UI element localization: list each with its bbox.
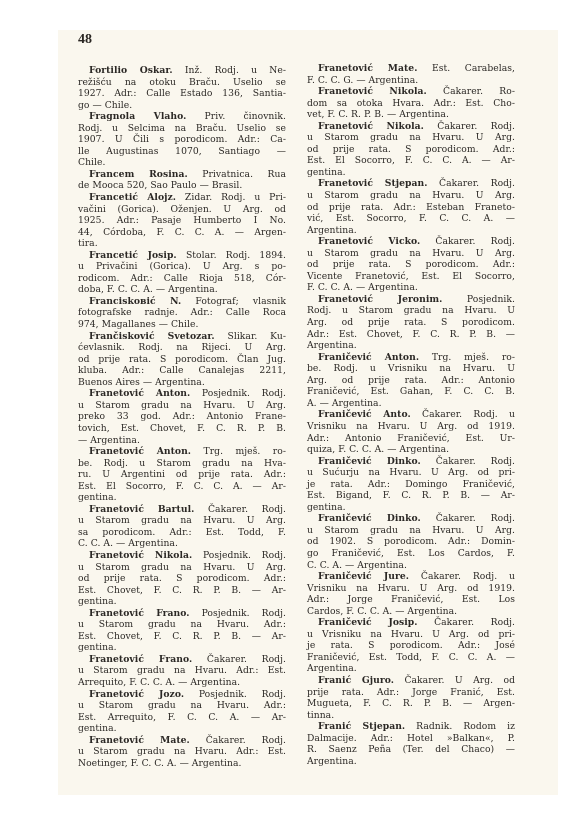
entry-name: Fragnola Vlaho.	[89, 111, 186, 122]
entry-name: Franetović Nikola.	[318, 121, 424, 132]
entry-line: — Argentina.	[78, 435, 286, 447]
directory-entry: Fragnola Vlaho. Priv. činovnik.Rodj. u S…	[78, 111, 286, 169]
entry-line: je rata. S porodicom. Adr.: José	[307, 640, 515, 652]
entry-text: Čakarer. Ro-	[443, 86, 515, 97]
directory-entry: Franetović Nikola. Posjednik. Rodj.u Sta…	[78, 550, 286, 608]
entry-name: Franetović Nikola.	[89, 550, 192, 561]
entry-line: A. — Argentina.	[307, 398, 515, 410]
directory-entry: Franetović Anton. Posjednik. Rodj.u Star…	[78, 388, 286, 446]
entry-line: go Franičević, Est. Los Cardos, F.	[307, 548, 515, 560]
entry-line: Arg. od prije rata. S porodicom.	[307, 317, 515, 329]
entry-line: Franetović Frano. Čakarer. Rodj.	[78, 654, 286, 666]
entry-line: Vrisniku na Hvaru. U Arg. od 1919.	[307, 421, 515, 433]
entry-line: od 1902. S porodicom. Adr.: Domin-	[307, 536, 515, 548]
entry-line: Dalmacije. Adr.: Hotel »Balkan«, P.	[307, 733, 515, 745]
entry-line: Vicente Franetović, Est. El Socorro,	[307, 271, 515, 283]
entry-line: Rodj. u Selcima na Braču. Uselio se	[78, 123, 286, 135]
entry-name: Franetović Bartul.	[89, 504, 194, 515]
entry-line: Adr.: Antonio Franičević, Est. Ur-	[307, 433, 515, 445]
directory-entry: Franciskовić N. Fotograf; vlasnikfotogra…	[78, 296, 286, 331]
entry-line: gentina.	[78, 596, 286, 608]
entry-name: Franetović Anton.	[89, 388, 190, 399]
entry-text: Čakarer. U Arg. od	[404, 675, 515, 686]
entry-line: quiza, F. C. C. A. — Argentina.	[307, 444, 515, 456]
directory-entry: Franičević Jure. Čakarer. Rodj. uVrisnik…	[307, 571, 515, 617]
entry-text: Posjednik.	[467, 294, 515, 305]
entry-line: u Starom gradu na Hvaru. Adr.:	[78, 700, 286, 712]
entry-text: Posjednik. Rodj.	[202, 608, 286, 619]
entry-line: vačini (Gorica). Oženjen. U Arg. od	[78, 204, 286, 216]
entry-line: Frančisković Svetozar. Slikar. Ku-	[78, 331, 286, 343]
entry-name: Franciskовić N.	[89, 296, 181, 307]
entry-line: Franetović Jozo. Posjednik. Rodj.	[78, 689, 286, 701]
directory-entry: Franetović Frano. Čakarer. Rodj.u Starom…	[78, 654, 286, 689]
entry-line: kluba. Adr.: Calle Canalejas 2211,	[78, 365, 286, 377]
entry-line: Franić Stjepan. Radnik. Rodom iz	[307, 721, 515, 733]
entry-line: Franciskовić N. Fotograf; vlasnik	[78, 296, 286, 308]
directory-entry: Francem Rosina. Privatnica. Ruade Mooca …	[78, 169, 286, 192]
entry-line: je rata. Adr.: Domingo Franičević,	[307, 479, 515, 491]
entry-name: Franetović Mate.	[318, 63, 417, 74]
entry-text: Čakarer. Rodj.	[435, 236, 515, 247]
entry-line: Est. Chovet, F. C. R. P. B. — Ar-	[78, 585, 286, 597]
entry-line: 1907. U Čili s porodicom. Adr.: Ca-	[78, 134, 286, 146]
entry-line: Franetović Nikola. Čakarer. Rodj.	[307, 121, 515, 133]
entry-line: u Starom gradu na Hvaru. U Arg.	[307, 248, 515, 260]
directory-entry: Franetović Mate. Est. Carabelas,F. C. C.…	[307, 63, 515, 86]
directory-entry: Frančisković Svetozar. Slikar. Ku-ćevlas…	[78, 331, 286, 389]
entry-line: 1927. Adr.: Calle Estado 136, Santia-	[78, 88, 286, 100]
entry-line: F. C. C. G. — Argentina.	[307, 75, 515, 87]
entry-line: 44, Córdoba, F. C. C. A. — Argen-	[78, 227, 286, 239]
entry-line: od prije rata. Adr.: Esteban Franeto-	[307, 202, 515, 214]
entry-text: Čakarer. Rodj.	[439, 178, 515, 189]
entry-line: Cardos, F. C. C. A. — Argentina.	[307, 606, 515, 618]
entry-line: Franetović Stjepan. Čakarer. Rodj.	[307, 178, 515, 190]
entry-line: u Starom gradu na Hvaru. U Arg.	[307, 190, 515, 202]
entry-line: Adr.: Est. Chovet, F. C. R. P. B. —	[307, 329, 515, 341]
left-column: Fortilio Oskar. Inž. Rodj. u Ne-režišću …	[78, 65, 286, 769]
entry-line: Argentina.	[307, 225, 515, 237]
directory-entry: Fortilio Oskar. Inž. Rodj. u Ne-režišću …	[78, 65, 286, 111]
entry-name: Franičević Jure.	[318, 571, 409, 582]
entry-line: u Starom gradu na Hvaru. U Arg.	[78, 400, 286, 412]
entry-text: Trg. mješ. ro-	[432, 352, 515, 363]
entry-text: Čakarer. Rodj.	[437, 121, 515, 132]
entry-text: Slikar. Ku-	[227, 331, 286, 342]
entry-line: Franetović Mate. Čakarer. Rodj.	[78, 735, 286, 747]
directory-entry: Franetović Nikola. Čakarer. Ro-dom sa ot…	[307, 86, 515, 121]
directory-entry: Franetović Frano. Posjednik. Rodj.u Star…	[78, 608, 286, 654]
entry-text: Čakarer. Rodj.	[207, 654, 286, 665]
entry-name: Franetović Jozo.	[89, 689, 184, 700]
entry-line: Adr.: Jorge Franičević, Est. Los	[307, 594, 515, 606]
entry-line: Mugueta, F. C. R. P. B. — Argen-	[307, 698, 515, 710]
directory-entry: Franičević Josip. Čakarer. Rodj.u Vrisni…	[307, 617, 515, 675]
entry-name: Franetović Vicko.	[318, 236, 420, 247]
directory-entry: Franičević Anton. Trg. mješ. ro-be. Rodj…	[307, 352, 515, 410]
directory-entry: Franetović Jozo. Posjednik. Rodj.u Staro…	[78, 689, 286, 735]
entry-line: Arg. od prije rata. Adr.: Antonio	[307, 375, 515, 387]
entry-line: Argentina.	[307, 663, 515, 675]
entry-line: vić, Est. Socorro, F. C. C. A. —	[307, 213, 515, 225]
entry-line: u Starom gradu na Hvaru. U Arg.	[307, 525, 515, 537]
entry-text: Čakarer. Rodj.	[434, 617, 515, 628]
entry-text: Čakarer. Rodj. u	[422, 409, 515, 420]
entry-line: gentina.	[307, 502, 515, 514]
entry-line: Franičević, Est. Todd, F. C. C. A. —	[307, 652, 515, 664]
directory-entry: Franičević Dinko. Čakarer. Rodj.u Starom…	[307, 513, 515, 571]
directory-entry: Francetić Josip. Stolar. Rodj. 1894.u Pr…	[78, 250, 286, 296]
directory-entry: Franičević Dinko. Čakarer. Rodj.u Sućurj…	[307, 456, 515, 514]
entry-line: Franičević Anto. Čakarer. Rodj. u	[307, 409, 515, 421]
entry-line: Buenos Aires — Argentina.	[78, 377, 286, 389]
entry-name: Franičević Josip.	[318, 617, 418, 628]
entry-line: gentina.	[78, 492, 286, 504]
entry-line: Franičević Dinko. Čakarer. Rodj.	[307, 456, 515, 468]
entry-line: Noetinger, F. C. C. A. — Argentina.	[78, 758, 286, 770]
directory-entry: Franičević Anto. Čakarer. Rodj. uVrisnik…	[307, 409, 515, 455]
page-number: 48	[78, 32, 92, 48]
entry-line: ru. U Argentini od prije rata. Adr.:	[78, 469, 286, 481]
entry-line: sa porodicom. Adr.: Est. Todd, F.	[78, 527, 286, 539]
entry-line: de Mooca 520, Sao Paulo — Brasil.	[78, 180, 286, 192]
entry-line: u Starom gradu na Hvaru. Adr.: Est.	[78, 746, 286, 758]
entry-text: Zidar. Rodj. u Pri-	[185, 192, 286, 203]
entry-line: lle Augustinas 1070, Santiago —	[78, 146, 286, 158]
entry-name: Franetović Stjepan.	[318, 178, 427, 189]
entry-line: gentina.	[78, 723, 286, 735]
entry-line: Franetović Nikola. Posjednik. Rodj.	[78, 550, 286, 562]
entry-line: Franetović Nikola. Čakarer. Ro-	[307, 86, 515, 98]
directory-entry: Franetović Stjepan. Čakarer. Rodj.u Star…	[307, 178, 515, 236]
entry-name: Franetović Frano.	[89, 608, 190, 619]
entry-name: Francem Rosina.	[89, 169, 188, 180]
entry-line: vet, F. C. R. P. B. — Argentina.	[307, 109, 515, 121]
entry-line: 1925. Adr.: Pasaje Humberto I No.	[78, 215, 286, 227]
entry-text: Trg. mješ. ro-	[204, 446, 286, 457]
entry-line: Franić Gjuro. Čakarer. U Arg. od	[307, 675, 515, 687]
entry-line: od prije rata. S porodicom. Adr.:	[78, 573, 286, 585]
entry-line: u Starom gradu na Hvaru. U Arg.	[78, 562, 286, 574]
entry-name: Franić Stjepan.	[318, 721, 405, 732]
entry-line: Francetić Alojz. Zidar. Rodj. u Pri-	[78, 192, 286, 204]
entry-line: Argentina.	[307, 756, 515, 768]
entry-line: Francetić Josip. Stolar. Rodj. 1894.	[78, 250, 286, 262]
entry-line: Franetović Mate. Est. Carabelas,	[307, 63, 515, 75]
entry-name: Francetić Alojz.	[89, 192, 176, 203]
entry-line: Fragnola Vlaho. Priv. činovnik.	[78, 111, 286, 123]
entry-text: Posjednik. Rodj.	[199, 689, 286, 700]
entry-line: tovich, Est. Chovet, F. C. R. P. B.	[78, 423, 286, 435]
entry-text: Čakarer. Rodj.	[208, 504, 286, 515]
entry-name: Franetović Mate.	[89, 735, 190, 746]
entry-line: Est. El Socorro, F. C. C. A. — Ar-	[78, 481, 286, 493]
entry-name: Franičević Dinko.	[318, 513, 421, 524]
directory-entry: Franić Gjuro. Čakarer. U Arg. odprije ra…	[307, 675, 515, 721]
entry-name: Francetić Josip.	[89, 250, 177, 261]
entry-line: u Vrisniku na Hvaru. U Arg. od pri-	[307, 629, 515, 641]
entry-line: be. Rodj. u Starom gradu na Hva-	[78, 458, 286, 470]
entry-line: u Privačini (Gorica). U Arg. s po-	[78, 261, 286, 273]
directory-entry: Franić Stjepan. Radnik. Rodom izDalmacij…	[307, 721, 515, 767]
directory-entry: Franetović Jeronim. Posjednik.Rodj. u St…	[307, 294, 515, 352]
entry-line: u Starom gradu na Hvaru. U Arg.	[78, 515, 286, 527]
entry-line: Rodj. u Starom gradu na Hvaru. U	[307, 305, 515, 317]
entry-line: prije rata. Adr.: Jorge Franić, Est.	[307, 687, 515, 699]
entry-line: rodicom. Adr.: Calle Rioja 518, Cór-	[78, 273, 286, 285]
entry-line: gentina.	[78, 642, 286, 654]
entry-line: Est. Chovet, F. C. R. P. B. — Ar-	[78, 631, 286, 643]
entry-line: Chile.	[78, 157, 286, 169]
entry-name: Franičević Anto.	[318, 409, 411, 420]
entry-line: Franičević Josip. Čakarer. Rodj.	[307, 617, 515, 629]
entry-text: Čakarer. Rodj.	[436, 513, 515, 524]
entry-line: od prije rata. S porodicom. Adr.:	[307, 259, 515, 271]
entry-line: Vrisniku na Hvaru. U Arg. od 1919.	[307, 583, 515, 595]
entry-text: Inž. Rodj. u Ne-	[185, 65, 286, 76]
directory-entry: Franetović Mate. Čakarer. Rodj.u Starom …	[78, 735, 286, 770]
entry-line: Franičević Dinko. Čakarer. Rodj.	[307, 513, 515, 525]
right-column: Franetović Mate. Est. Carabelas,F. C. C.…	[307, 63, 515, 767]
entry-name: Frančisković Svetozar.	[89, 331, 215, 342]
entry-line: režišću na otoku Braču. Uselio se	[78, 77, 286, 89]
entry-line: u Starom gradu na Hvaru. Adr.:	[78, 619, 286, 631]
entry-text: Priv. činovnik.	[205, 111, 286, 122]
entry-line: Franetović Frano. Posjednik. Rodj.	[78, 608, 286, 620]
entry-text: Stolar. Rodj. 1894.	[186, 250, 286, 261]
entry-text: Čakarer. Rodj. u	[421, 571, 515, 582]
entry-name: Franičević Anton.	[318, 352, 419, 363]
entry-name: Franetović Anton.	[89, 446, 191, 457]
entry-name: Fortilio Oskar.	[89, 65, 173, 76]
entry-line: tinna.	[307, 710, 515, 722]
entry-line: Franetović Vicko. Čakarer. Rodj.	[307, 236, 515, 248]
entry-line: fotografske radnje. Adr.: Calle Roca	[78, 307, 286, 319]
entry-line: 974, Magallanes — Chile.	[78, 319, 286, 331]
entry-line: C. C. A. — Argentina.	[307, 560, 515, 572]
entry-line: Franetović Anton. Trg. mješ. ro-	[78, 446, 286, 458]
entry-name: Franetović Nikola.	[318, 86, 427, 97]
directory-entry: Franetović Vicko. Čakarer. Rodj.u Starom…	[307, 236, 515, 294]
entry-line: Fortilio Oskar. Inž. Rodj. u Ne-	[78, 65, 286, 77]
entry-line: F. C. C. A. — Argentina.	[307, 282, 515, 294]
entry-line: R. Saenz Peña (Ter. del Chaco) —	[307, 744, 515, 756]
entry-line: Est. El Socorro, F. C. C. A. — Ar-	[307, 155, 515, 167]
entry-text: Privatnica. Rua	[202, 169, 286, 180]
entry-text: Čakarer. Rodj.	[436, 456, 515, 467]
entry-text: Posjednik. Rodj.	[202, 388, 286, 399]
entry-text: Radnik. Rodom iz	[416, 721, 515, 732]
entry-line: dom sa otoka Hvara. Adr.: Est. Cho-	[307, 98, 515, 110]
entry-line: preko 33 god. Adr.: Antonio Frane-	[78, 411, 286, 423]
directory-entry: Franetović Bartul. Čakarer. Rodj.u Staro…	[78, 504, 286, 550]
entry-line: go — Chile.	[78, 100, 286, 112]
directory-entry: Francetić Alojz. Zidar. Rodj. u Pri-vači…	[78, 192, 286, 250]
entry-line: Franičević Anton. Trg. mješ. ro-	[307, 352, 515, 364]
entry-text: Fotograf; vlasnik	[195, 296, 286, 307]
entry-line: Est. Arrequito, F. C. C. A. — Ar-	[78, 712, 286, 724]
entry-text: Posjednik. Rodj.	[203, 550, 286, 561]
entry-name: Franić Gjuro.	[318, 675, 394, 686]
entry-name: Franetović Frano.	[89, 654, 192, 665]
entry-line: Franetović Bartul. Čakarer. Rodj.	[78, 504, 286, 516]
entry-line: C. C. A. — Argentina.	[78, 538, 286, 550]
entry-text: Est. Carabelas,	[432, 63, 515, 74]
entry-line: doba, F. C. C. A. — Argentina.	[78, 284, 286, 296]
entry-line: be. Rodj. u Vrisniku na Hvaru. U	[307, 363, 515, 375]
entry-line: u Starom gradu na Hvaru. Adr.: Est.	[78, 665, 286, 677]
entry-line: Francem Rosina. Privatnica. Rua	[78, 169, 286, 181]
entry-line: od prije rata. S porodicom. Član Jug.	[78, 354, 286, 366]
directory-entry: Franetović Anton. Trg. mješ. ro-be. Rodj…	[78, 446, 286, 504]
entry-line: Franetović Jeronim. Posjednik.	[307, 294, 515, 306]
entry-line: Franičević Jure. Čakarer. Rodj. u	[307, 571, 515, 583]
entry-name: Franetović Jeronim.	[318, 294, 442, 305]
entry-text: Čakarer. Rodj.	[206, 735, 286, 746]
directory-entry: Franetović Nikola. Čakarer. Rodj.u Staro…	[307, 121, 515, 179]
entry-line: Franetović Anton. Posjednik. Rodj.	[78, 388, 286, 400]
entry-line: Franičević, Est. Gahan, F. C. C. B.	[307, 386, 515, 398]
entry-line: Argentina.	[307, 340, 515, 352]
entry-line: u Sućurju na Hvaru. U Arg. od pri-	[307, 467, 515, 479]
entry-name: Franičević Dinko.	[318, 456, 421, 467]
entry-line: Est. Bigand, F. C. R. P. B. — Ar-	[307, 490, 515, 502]
entry-line: Arrequito, F. C. C. A. — Argentina.	[78, 677, 286, 689]
entry-line: tira.	[78, 238, 286, 250]
entry-line: gentina.	[307, 167, 515, 179]
entry-line: ćevlasnik. Rodj. na Rijeci. U Arg.	[78, 342, 286, 354]
entry-line: u Starom gradu na Hvaru. U Arg.	[307, 132, 515, 144]
entry-line: od prije rata. S porodicom. Adr.:	[307, 144, 515, 156]
